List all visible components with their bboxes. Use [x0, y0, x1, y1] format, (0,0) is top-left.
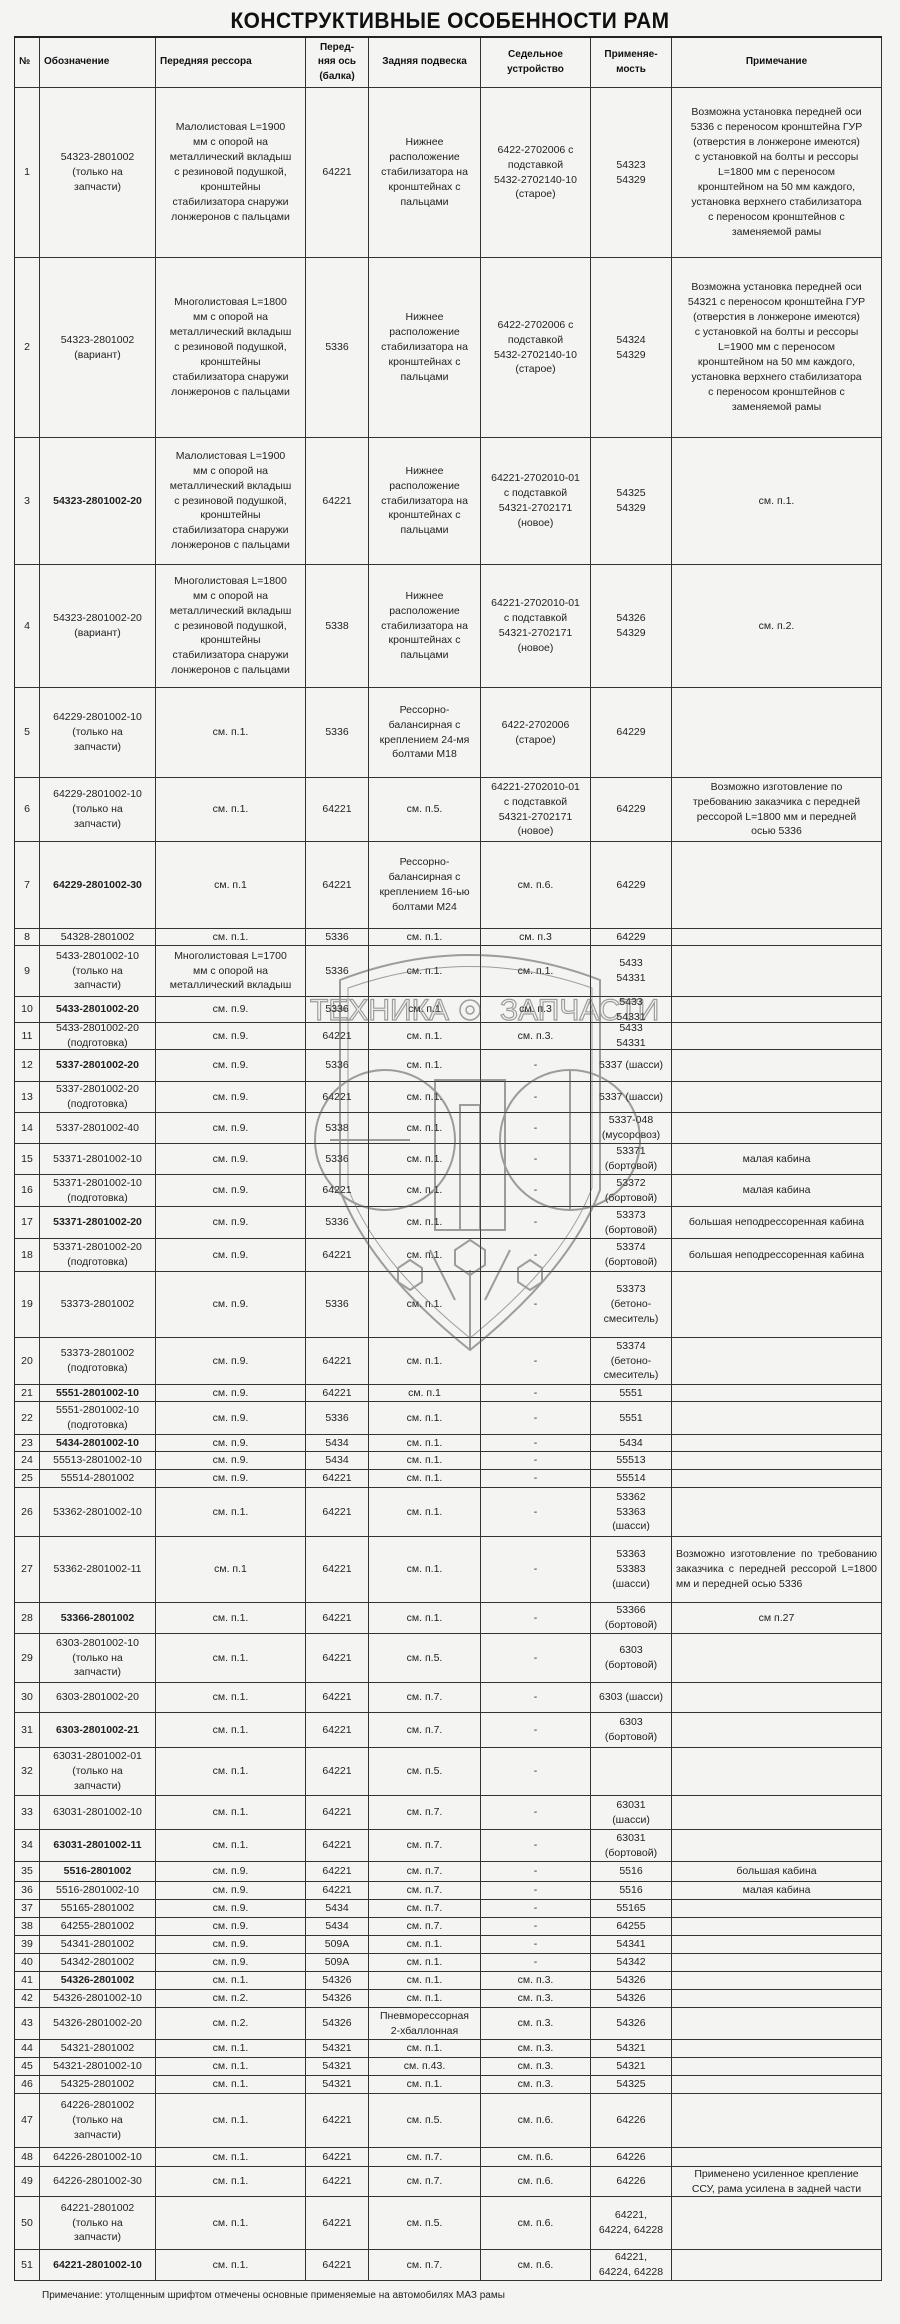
cell-applicability: 5551	[591, 1402, 672, 1434]
table-row: 1953373-2801002см. п.9.5336см. п.1.-5337…	[14, 1272, 882, 1338]
cell-applicability: 64226	[591, 2148, 672, 2166]
cell-front-spring: см. п.9.	[156, 1936, 306, 1953]
cell-designation: 54326-2801002-20	[40, 2008, 156, 2039]
cell-front-spring: Многолистовая L=1700 мм с опорой на мета…	[156, 946, 306, 996]
table-row: 4764226-2801002 (только на запчасти)см. …	[14, 2094, 882, 2148]
cell-designation: 54325-2801002	[40, 2076, 156, 2093]
cell-front-axle: 64221	[306, 1023, 369, 1049]
cell-front-axle: 64221	[306, 438, 369, 564]
table-row: 235434-2801002-10см. п.9.5434см. п.1.-54…	[14, 1435, 882, 1452]
cell-row-number: 51	[14, 2250, 40, 2280]
cell-front-spring: Многолистовая L=1800 мм с опорой на мета…	[156, 565, 306, 687]
cell-row-number: 34	[14, 1830, 40, 1861]
cell-front-axle: 64221	[306, 1488, 369, 1536]
cell-designation: 55513-2801002-10	[40, 1452, 156, 1469]
cell-rear-suspension: см. п.5.	[369, 2094, 481, 2147]
cell-rear-suspension: см. п.1.	[369, 946, 481, 996]
cell-rear-suspension: см. п.1.	[369, 1144, 481, 1174]
cell-front-spring: см. п.9.	[156, 1338, 306, 1384]
cell-remark: большая неподрессоренная кабина	[672, 1207, 882, 1238]
cell-row-number: 10	[14, 997, 40, 1022]
cell-rear-suspension: см. п.1.	[369, 1050, 481, 1081]
cell-remark	[672, 1954, 882, 1971]
cell-front-spring: см. п.1.	[156, 2250, 306, 2280]
cell-remark: Возможна установка передней оси 5336 с п…	[672, 88, 882, 257]
cell-remark	[672, 1936, 882, 1953]
cell-rear-suspension: Рессорно- балансирная с креплением 24-мя…	[369, 688, 481, 777]
cell-front-axle: 5336	[306, 1402, 369, 1434]
cell-rear-suspension: см. п.1.	[369, 2040, 481, 2057]
cell-row-number: 30	[14, 1683, 40, 1712]
cell-applicability: 6303 (шасси)	[591, 1683, 672, 1712]
cell-designation: 64229-2801002-10 (только на запчасти)	[40, 778, 156, 841]
cell-front-axle: 64221	[306, 2148, 369, 2166]
cell-front-axle: 64221	[306, 1748, 369, 1795]
cell-remark	[672, 997, 882, 1022]
cell-fifth-wheel: см. п.6.	[481, 2167, 591, 2196]
cell-front-axle: 5336	[306, 997, 369, 1022]
cell-row-number: 43	[14, 2008, 40, 2039]
cell-front-spring: см. п.9.	[156, 1082, 306, 1112]
cell-rear-suspension: см. п.1.	[369, 1023, 481, 1049]
cell-remark	[672, 2076, 882, 2093]
cell-fifth-wheel: -	[481, 1435, 591, 1451]
cell-fifth-wheel: -	[481, 1239, 591, 1271]
cell-front-spring: см. п.9.	[156, 1882, 306, 1899]
cell-applicability: 53374 (бортовой)	[591, 1239, 672, 1271]
cell-rear-suspension: см. п.1.	[369, 1452, 481, 1469]
cell-rear-suspension: см. п.7.	[369, 2250, 481, 2280]
table-row: 2853366-2801002см. п.1.64221см. п.1.-533…	[14, 1603, 882, 1634]
cell-applicability: 53372 (бортовой)	[591, 1175, 672, 1206]
cell-rear-suspension: см. п.1.	[369, 1470, 481, 1487]
cell-remark	[672, 1470, 882, 1487]
cell-remark	[672, 1748, 882, 1795]
cell-front-axle: 5434	[306, 1900, 369, 1917]
cell-fifth-wheel: -	[481, 1862, 591, 1881]
cell-front-spring: см. п.9.	[156, 1435, 306, 1451]
cell-front-axle: 509А	[306, 1936, 369, 1953]
cell-remark	[672, 2008, 882, 2039]
cell-remark	[672, 1900, 882, 1917]
table-row: 4354326-2801002-20см. п.2.54326Пневморес…	[14, 2008, 882, 2040]
cell-rear-suspension: Нижнее расположение стабилизатора на кро…	[369, 88, 481, 257]
cell-remark	[672, 2250, 882, 2280]
cell-applicability: 64221, 64224, 64228	[591, 2197, 672, 2249]
cell-designation: 63031-2801002-10	[40, 1796, 156, 1829]
cell-rear-suspension: см. п.1.	[369, 1082, 481, 1112]
cell-fifth-wheel: 64221-2702010-01 с подставкой 54321-2702…	[481, 438, 591, 564]
cell-designation: 5337-2801002-20	[40, 1050, 156, 1081]
cell-row-number: 9	[14, 946, 40, 996]
cell-front-spring: см. п.9.	[156, 1470, 306, 1487]
cell-remark	[672, 1452, 882, 1469]
cell-rear-suspension: см. п.43.	[369, 2058, 481, 2075]
cell-remark	[672, 946, 882, 996]
cell-applicability: 5433 54331	[591, 997, 672, 1022]
table-row: 1853371-2801002-20 (подготовка)см. п.9.6…	[14, 1239, 882, 1272]
cell-fifth-wheel: см. п.3.	[481, 2040, 591, 2057]
cell-remark: малая кабина	[672, 1175, 882, 1206]
table-row: 254323-2801002 (вариант)Многолистовая L=…	[14, 258, 882, 438]
cell-front-spring: см. п.2.	[156, 1990, 306, 2007]
cell-designation: 64229-2801002-10 (только на запчасти)	[40, 688, 156, 777]
cell-front-axle: 5338	[306, 565, 369, 687]
cell-rear-suspension: см. п.1.	[369, 929, 481, 945]
column-header-fifth-wheel: Седельное устройство	[481, 38, 591, 87]
cell-rear-suspension: см. п.1.	[369, 1175, 481, 1206]
cell-front-axle: 64221	[306, 1470, 369, 1487]
cell-fifth-wheel: см. п.6.	[481, 842, 591, 928]
cell-front-spring: см. п.9.	[156, 1862, 306, 1881]
table-row: 115433-2801002-20 (подготовка)см. п.9.64…	[14, 1023, 882, 1050]
cell-rear-suspension: см. п.7.	[369, 1796, 481, 1829]
cell-fifth-wheel: см. п.3.	[481, 2008, 591, 2039]
cell-remark	[672, 1713, 882, 1747]
cell-remark	[672, 2094, 882, 2147]
cell-front-spring: см. п.1.	[156, 1683, 306, 1712]
cell-rear-suspension: см. п.1	[369, 1385, 481, 1401]
cell-front-axle: 64221	[306, 1239, 369, 1271]
cell-rear-suspension: см. п.5.	[369, 2197, 481, 2249]
cell-applicability: 54321	[591, 2058, 672, 2075]
cell-fifth-wheel: -	[481, 1954, 591, 1971]
cell-front-axle: 5336	[306, 929, 369, 945]
page-title: КОНСТРУКТИВНЫЕ ОСОБЕННОСТИ РАМ	[23, 8, 878, 34]
cell-front-spring: см. п.1.	[156, 1634, 306, 1682]
cell-front-spring: см. п.9.	[156, 1918, 306, 1935]
cell-front-spring: см. п.1.	[156, 929, 306, 945]
cell-fifth-wheel: см. п.1.	[481, 946, 591, 996]
cell-designation: 5434-2801002-10	[40, 1435, 156, 1451]
cell-front-axle: 64221	[306, 2167, 369, 2196]
cell-row-number: 29	[14, 1634, 40, 1682]
cell-designation: 63031-2801002-01 (только на запчасти)	[40, 1748, 156, 1795]
cell-front-axle: 64221	[306, 1796, 369, 1829]
cell-remark	[672, 1796, 882, 1829]
cell-applicability: 53366 (бортовой)	[591, 1603, 672, 1633]
cell-designation: 54323-2801002 (только на запчасти)	[40, 88, 156, 257]
cell-fifth-wheel: -	[481, 1144, 591, 1174]
cell-designation: 64221-2801002-10	[40, 2250, 156, 2280]
cell-front-axle: 64221	[306, 1830, 369, 1861]
cell-front-axle: 5336	[306, 258, 369, 437]
cell-row-number: 16	[14, 1175, 40, 1206]
cell-fifth-wheel: см. п.3	[481, 997, 591, 1022]
cell-front-axle: 64221	[306, 1683, 369, 1712]
cell-applicability: 64226	[591, 2094, 672, 2147]
cell-fifth-wheel: см. п.3	[481, 929, 591, 945]
cell-designation: 54326-2801002-10	[40, 1990, 156, 2007]
column-header-front-axle: Перед- няя ось (балка)	[306, 38, 369, 87]
cell-rear-suspension: см. п.7.	[369, 1683, 481, 1712]
table-row: 4454321-2801002см. п.1.54321см. п.1.см. …	[14, 2040, 882, 2058]
cell-front-spring: см. п.1.	[156, 2040, 306, 2057]
cell-remark	[672, 1435, 882, 1451]
cell-front-axle: 54321	[306, 2076, 369, 2093]
cell-front-spring: Многолистовая L=1800 мм с опорой на мета…	[156, 258, 306, 437]
cell-fifth-wheel: -	[481, 1207, 591, 1238]
cell-row-number: 25	[14, 1470, 40, 1487]
cell-remark	[672, 1338, 882, 1384]
cell-row-number: 27	[14, 1537, 40, 1602]
cell-remark: Применено усиленное крепление ССУ, рама …	[672, 2167, 882, 2196]
cell-front-spring: Малолистовая L=1900 мм с опорой на метал…	[156, 88, 306, 257]
cell-remark	[672, 1082, 882, 1112]
cell-remark	[672, 1272, 882, 1337]
table-row: 564229-2801002-10 (только на запчасти)см…	[14, 688, 882, 778]
cell-rear-suspension: см. п.7.	[369, 1882, 481, 1899]
cell-front-spring: см. п.1.	[156, 1972, 306, 1989]
cell-front-spring: см. п.1	[156, 1537, 306, 1602]
cell-fifth-wheel: 64221-2702010-01 с подставкой 54321-2702…	[481, 778, 591, 841]
cell-applicability: 64255	[591, 1918, 672, 1935]
table-row: 125337-2801002-20см. п.9.5336см. п.1.-53…	[14, 1050, 882, 1082]
cell-row-number: 42	[14, 1990, 40, 2007]
cell-fifth-wheel: -	[481, 1748, 591, 1795]
cell-fifth-wheel: -	[481, 1683, 591, 1712]
cell-fifth-wheel: 6422-2702006 (старое)	[481, 688, 591, 777]
cell-fifth-wheel: -	[481, 1882, 591, 1899]
cell-front-axle: 64221	[306, 1862, 369, 1881]
cell-row-number: 21	[14, 1385, 40, 1401]
cell-designation: 53371-2801002-20	[40, 1207, 156, 1238]
cell-rear-suspension: см. п.1.	[369, 1338, 481, 1384]
cell-row-number: 49	[14, 2167, 40, 2196]
cell-designation: 54323-2801002-20 (вариант)	[40, 565, 156, 687]
cell-rear-suspension: см. п.7.	[369, 2167, 481, 2196]
table-row: 2053373-2801002 (подготовка)см. п.9.6422…	[14, 1338, 882, 1385]
cell-remark: см п.27	[672, 1603, 882, 1633]
table-row: 296303-2801002-10 (только на запчасти)см…	[14, 1634, 882, 1683]
cell-remark	[672, 1830, 882, 1861]
cell-fifth-wheel: см. п.3.	[481, 2058, 591, 2075]
cell-fifth-wheel: см. п.3.	[481, 2076, 591, 2093]
cell-fifth-wheel: -	[481, 1113, 591, 1143]
cell-fifth-wheel: см. п.6.	[481, 2148, 591, 2166]
cell-designation: 53373-2801002	[40, 1272, 156, 1337]
cell-front-axle: 64221	[306, 2094, 369, 2147]
cell-applicability: 53363 53383 (шасси)	[591, 1537, 672, 1602]
cell-applicability: 5337 (шасси)	[591, 1050, 672, 1081]
cell-rear-suspension: см. п.5.	[369, 1634, 481, 1682]
cell-designation: 5516-2801002-10	[40, 1882, 156, 1899]
cell-remark: большая неподрессоренная кабина	[672, 1239, 882, 1271]
table-row: 4054342-2801002см. п.9.509Асм. п.1.-5434…	[14, 1954, 882, 1972]
cell-applicability: 5433 54331	[591, 946, 672, 996]
cell-row-number: 11	[14, 1023, 40, 1049]
table-row: 2653362-2801002-10см. п.1.64221см. п.1.-…	[14, 1488, 882, 1537]
cell-row-number: 28	[14, 1603, 40, 1633]
cell-designation: 53371-2801002-20 (подготовка)	[40, 1239, 156, 1271]
cell-applicability: 5516	[591, 1862, 672, 1881]
cell-remark	[672, 1402, 882, 1434]
cell-row-number: 6	[14, 778, 40, 841]
cell-front-axle: 64221	[306, 1603, 369, 1633]
cell-rear-suspension: см. п.1.	[369, 1207, 481, 1238]
table-row: 4964226-2801002-30см. п.1.64221см. п.7.с…	[14, 2167, 882, 2197]
cell-designation: 64226-2801002-10	[40, 2148, 156, 2166]
table-row: 354323-2801002-20Малолистовая L=1900 мм …	[14, 438, 882, 565]
cell-row-number: 13	[14, 1082, 40, 1112]
cell-row-number: 15	[14, 1144, 40, 1174]
cell-rear-suspension: см. п.1.	[369, 1402, 481, 1434]
cell-row-number: 38	[14, 1918, 40, 1935]
cell-rear-suspension: см. п.7.	[369, 2148, 481, 2166]
cell-row-number: 8	[14, 929, 40, 945]
cell-front-axle: 64221	[306, 842, 369, 928]
cell-front-spring: см. п.9.	[156, 1452, 306, 1469]
cell-rear-suspension: см. п.7.	[369, 1830, 481, 1861]
cell-row-number: 17	[14, 1207, 40, 1238]
cell-remark: Возможно изготовление по требованию зака…	[672, 1537, 882, 1602]
table-row: 2455513-2801002-10см. п.9.5434см. п.1.-5…	[14, 1452, 882, 1470]
cell-designation: 54328-2801002	[40, 929, 156, 945]
cell-applicability	[591, 1748, 672, 1795]
table-row: 105433-2801002-20см. п.9.5336см. п.1см. …	[14, 997, 882, 1023]
cell-applicability: 54323 54329	[591, 88, 672, 257]
cell-applicability: 54342	[591, 1954, 672, 1971]
cell-front-axle: 64221	[306, 1175, 369, 1206]
cell-front-axle: 5336	[306, 1272, 369, 1337]
cell-fifth-wheel: -	[481, 1470, 591, 1487]
cell-front-spring: см. п.9.	[156, 997, 306, 1022]
cell-row-number: 33	[14, 1796, 40, 1829]
cell-fifth-wheel: -	[481, 1830, 591, 1861]
cell-fifth-wheel: -	[481, 1402, 591, 1434]
cell-fifth-wheel: -	[481, 1918, 591, 1935]
cell-designation: 54341-2801002	[40, 1936, 156, 1953]
cell-row-number: 5	[14, 688, 40, 777]
cell-front-axle: 54326	[306, 1972, 369, 1989]
table-row: 3954341-2801002см. п.9.509Асм. п.1.-5434…	[14, 1936, 882, 1954]
cell-row-number: 35	[14, 1862, 40, 1881]
cell-front-spring: см. п.9.	[156, 1954, 306, 1971]
cell-fifth-wheel: -	[481, 1634, 591, 1682]
table-row: 225551-2801002-10 (подготовка)см. п.9.53…	[14, 1402, 882, 1435]
cell-remark: см. п.1.	[672, 438, 882, 564]
cell-remark: большая кабина	[672, 1862, 882, 1881]
cell-front-spring: см. п.9.	[156, 1402, 306, 1434]
cell-front-axle: 64221	[306, 1385, 369, 1401]
table-row: 3864255-2801002см. п.9.5434см. п.7.-6425…	[14, 1918, 882, 1936]
cell-designation: 53362-2801002-10	[40, 1488, 156, 1536]
cell-rear-suspension: см. п.1.	[369, 1990, 481, 2007]
cell-applicability: 5434	[591, 1435, 672, 1451]
cell-front-axle: 64221	[306, 1713, 369, 1747]
cell-front-spring: см. п.1.	[156, 2197, 306, 2249]
cell-row-number: 2	[14, 258, 40, 437]
cell-row-number: 20	[14, 1338, 40, 1384]
cell-remark	[672, 1972, 882, 1989]
table-row: 95433-2801002-10 (только на запчасти)Мно…	[14, 946, 882, 997]
cell-rear-suspension: см. п.1.	[369, 1488, 481, 1536]
cell-row-number: 45	[14, 2058, 40, 2075]
cell-row-number: 37	[14, 1900, 40, 1917]
cell-front-axle: 64221	[306, 1082, 369, 1112]
cell-applicability: 55514	[591, 1470, 672, 1487]
footnote: Примечание: утолщенным шрифтом отмечены …	[42, 2290, 505, 2301]
cell-front-spring: см. п.1.	[156, 778, 306, 841]
cell-applicability: 55165	[591, 1900, 672, 1917]
cell-front-spring: см. п.1.	[156, 1713, 306, 1747]
cell-front-spring: см. п.1.	[156, 1796, 306, 1829]
cell-front-spring: см. п.9.	[156, 1113, 306, 1143]
cell-rear-suspension: Пневморессорная 2-хбаллонная	[369, 2008, 481, 2039]
cell-applicability: 54325	[591, 2076, 672, 2093]
cell-applicability: 54341	[591, 1936, 672, 1953]
cell-front-axle: 54326	[306, 2008, 369, 2039]
cell-applicability: 64226	[591, 2167, 672, 2196]
cell-applicability: 54321	[591, 2040, 672, 2057]
cell-remark	[672, 2148, 882, 2166]
column-header-front-spring: Передняя рессора	[156, 38, 306, 87]
cell-rear-suspension: см. п.7.	[369, 1713, 481, 1747]
cell-remark	[672, 688, 882, 777]
cell-row-number: 40	[14, 1954, 40, 1971]
cell-front-axle: 5434	[306, 1918, 369, 1935]
cell-applicability: 54326	[591, 2008, 672, 2039]
cell-row-number: 46	[14, 2076, 40, 2093]
cell-rear-suspension: Нижнее расположение стабилизатора на кро…	[369, 565, 481, 687]
cell-front-spring: см. п.9.	[156, 1272, 306, 1337]
cell-applicability: 6303 (бортовой)	[591, 1713, 672, 1747]
cell-remark	[672, 1990, 882, 2007]
cell-front-axle: 64221	[306, 1338, 369, 1384]
cell-rear-suspension: см. п.1.	[369, 1954, 481, 1971]
cell-applicability: 5516	[591, 1882, 672, 1899]
cell-designation: 5551-2801002-10 (подготовка)	[40, 1402, 156, 1434]
cell-fifth-wheel: -	[481, 1488, 591, 1536]
cell-remark	[672, 1683, 882, 1712]
table-row: 764229-2801002-30см. п.164221Рессорно- б…	[14, 842, 882, 929]
cell-front-spring: Малолистовая L=1900 мм с опорой на метал…	[156, 438, 306, 564]
cell-fifth-wheel: -	[481, 1603, 591, 1633]
cell-remark	[672, 1113, 882, 1143]
cell-row-number: 12	[14, 1050, 40, 1081]
cell-rear-suspension: см. п.1.	[369, 1239, 481, 1271]
table-row: 3755165-2801002см. п.9.5434см. п.7.-5516…	[14, 1900, 882, 1918]
cell-rear-suspension: см. п.1.	[369, 1936, 481, 1953]
cell-applicability: 64229	[591, 688, 672, 777]
cell-front-axle: 509А	[306, 1954, 369, 1971]
cell-front-axle: 64221	[306, 778, 369, 841]
table-row: 1753371-2801002-20см. п.9.5336см. п.1.-5…	[14, 1207, 882, 1239]
cell-front-axle: 5434	[306, 1435, 369, 1451]
table-row: 4554321-2801002-10см. п.1.54321см. п.43.…	[14, 2058, 882, 2076]
cell-row-number: 4	[14, 565, 40, 687]
cell-row-number: 39	[14, 1936, 40, 1953]
cell-designation: 54326-2801002	[40, 1972, 156, 1989]
cell-designation: 53371-2801002-10 (подготовка)	[40, 1175, 156, 1206]
cell-applicability: 5337 (шасси)	[591, 1082, 672, 1112]
frame-features-table: №ОбозначениеПередняя рессораПеред- няя о…	[14, 36, 882, 2281]
cell-designation: 64255-2801002	[40, 1918, 156, 1935]
cell-designation: 5433-2801002-20	[40, 997, 156, 1022]
cell-remark	[672, 1385, 882, 1401]
cell-designation: 5337-2801002-40	[40, 1113, 156, 1143]
cell-fifth-wheel: -	[481, 1338, 591, 1384]
table-row: 3363031-2801002-10см. п.1.64221см. п.7.-…	[14, 1796, 882, 1830]
cell-row-number: 47	[14, 2094, 40, 2147]
table-row: 1653371-2801002-10 (подготовка)см. п.9.6…	[14, 1175, 882, 1207]
cell-designation: 55514-2801002	[40, 1470, 156, 1487]
cell-rear-suspension: см. п.7.	[369, 1862, 481, 1881]
cell-applicability: 53373 (бортовой)	[591, 1207, 672, 1238]
cell-fifth-wheel: см. п.6.	[481, 2250, 591, 2280]
cell-applicability: 53373 (бетоно- смеситель)	[591, 1272, 672, 1337]
cell-front-spring: см. п.1.	[156, 2094, 306, 2147]
